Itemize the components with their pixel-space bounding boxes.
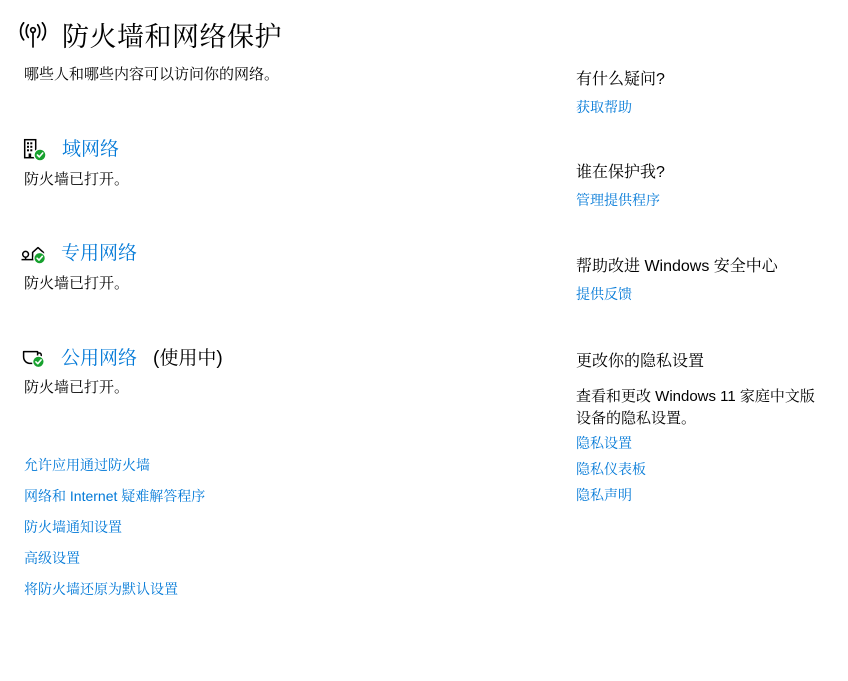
page-title: 防火墙和网络保护 [62, 22, 282, 52]
firewall-notification-settings-link[interactable]: 防火墙通知设置 [24, 517, 205, 537]
public-network-active-label: (使用中) [153, 347, 223, 371]
section-private-network: 专用网络 [20, 241, 137, 266]
privacy-heading: 更改你的隐私设置 [576, 352, 848, 372]
manage-providers-link[interactable]: 管理提供程序 [576, 190, 848, 210]
advanced-settings-link[interactable]: 高级设置 [24, 548, 205, 568]
restore-firewall-defaults-link[interactable]: 将防火墙还原为默认设置 [24, 579, 205, 599]
page-subtitle: 哪些人和哪些内容可以访问你的网络。 [24, 65, 279, 85]
get-help-link[interactable]: 获取帮助 [576, 97, 848, 117]
private-network-link[interactable]: 专用网络 [61, 242, 137, 266]
privacy-description-line2: 设备的隐私设置。 [576, 408, 848, 430]
give-feedback-link[interactable]: 提供反馈 [576, 284, 848, 304]
privacy-description: 查看和更改 Windows 11 家庭中文版 设备的隐私设置。 [576, 386, 848, 430]
privacy-description-line1: 查看和更改 Windows 11 家庭中文版 [576, 386, 848, 408]
privacy-settings-link[interactable]: 隐私设置 [576, 433, 848, 453]
allow-app-through-firewall-link[interactable]: 允许应用通过防火墙 [24, 455, 205, 475]
privacy-links: 隐私设置 隐私仪表板 隐私声明 [576, 433, 848, 505]
home-tree-icon [20, 241, 47, 266]
privacy-dashboard-link[interactable]: 隐私仪表板 [576, 459, 848, 479]
aside-help-group: 有什么疑问? 获取帮助 [576, 70, 848, 117]
providers-heading: 谁在保护我? [576, 163, 848, 183]
feedback-heading: 帮助改进 Windows 安全中心 [576, 257, 848, 277]
aside-providers-group: 谁在保护我? 管理提供程序 [576, 163, 848, 210]
aside-privacy-group: 更改你的隐私设置 查看和更改 Windows 11 家庭中文版 设备的隐私设置。… [576, 352, 848, 511]
building-icon [21, 137, 48, 162]
section-domain-network: 域网络 [21, 137, 119, 162]
domain-network-link[interactable]: 域网络 [62, 138, 119, 162]
network-internet-troubleshooter-link[interactable]: 网络和 Internet 疑难解答程序 [24, 486, 205, 506]
page-header: 防火墙和网络保护 [16, 22, 282, 52]
section-public-network: 公用网络 (使用中) [20, 346, 223, 371]
public-network-link[interactable]: 公用网络 [61, 347, 137, 371]
public-network-status: 防火墙已打开。 [24, 378, 129, 398]
private-network-status: 防火墙已打开。 [24, 274, 129, 294]
firewall-action-links: 允许应用通过防火墙 网络和 Internet 疑难解答程序 防火墙通知设置 高级… [24, 455, 205, 610]
domain-network-status: 防火墙已打开。 [24, 170, 129, 190]
help-heading: 有什么疑问? [576, 70, 848, 90]
privacy-statement-link[interactable]: 隐私声明 [576, 485, 848, 505]
aside-feedback-group: 帮助改进 Windows 安全中心 提供反馈 [576, 257, 848, 304]
network-antenna-icon [16, 22, 50, 52]
coffee-cup-icon [20, 346, 47, 371]
